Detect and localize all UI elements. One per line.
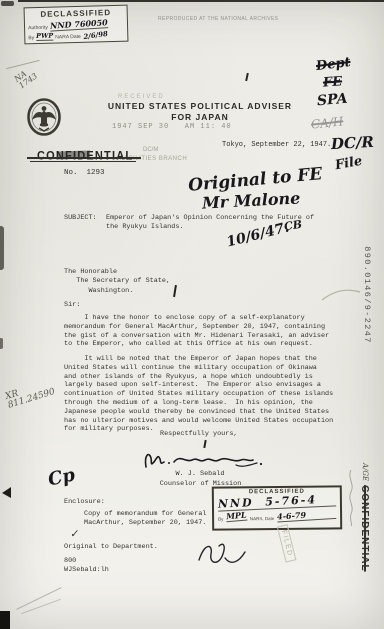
overstamp-blot <box>58 150 90 159</box>
routing-note-dcr: DC/R <box>331 133 375 153</box>
dateline: Tokyo, September 22, 1947. <box>222 141 331 149</box>
text-line: MacArthur, September 20, 1947. <box>84 519 206 528</box>
ink-tick-top-center <box>245 73 249 81</box>
by-label: By <box>28 35 34 41</box>
typist-initials: WJSebald:lh <box>64 566 109 574</box>
declassified-stamp-top: DECLASSIFIED Authority NND 760050 By PWP… <box>24 5 129 45</box>
text-line: I have the honor to enclose copy of a se… <box>64 314 329 323</box>
routing-note-file: File <box>334 154 364 174</box>
scan-artifact-top-left-dots <box>1 1 14 6</box>
nara-date-label: NARA Date <box>55 34 81 41</box>
nars-date-label: NARS, Date <box>250 516 275 521</box>
text-line: The Secretary of State, <box>64 277 170 286</box>
received-stamp: RECEIVED <box>118 94 165 100</box>
handwritten-margin-initials: Cp <box>46 464 77 490</box>
letterhead-agency: UNITED STATES POLITICAL ADVISER <box>60 101 340 111</box>
body-paragraph-2: It will be noted that the Emperor of Jap… <box>64 355 333 434</box>
text-line: continuation of United States military o… <box>64 390 333 399</box>
scan-artifact-left-dot <box>0 338 3 349</box>
filed-stamp: FILED <box>277 524 297 563</box>
text-line: and other islands of the Ryukyus, a hope… <box>64 373 333 382</box>
body-paragraph-1: I have the honor to enclose copy of a se… <box>64 314 329 349</box>
text-line: It will be noted that the Emperor of Jap… <box>64 355 333 364</box>
checkmark: ✓ <box>69 529 78 541</box>
facilities-branch-stamp-line1: DC/M <box>143 147 158 153</box>
handwritten-initials-cb: CB <box>283 218 303 233</box>
letterhead-location: FOR JAPAN <box>60 112 340 122</box>
text-line: has no ulterior motives and would welcom… <box>64 417 333 426</box>
handwritten-mr-malone: Mr Malone <box>202 188 301 212</box>
pencil-curve <box>320 284 362 302</box>
side-classification: A/GE CONFIDENTIAL <box>357 463 373 593</box>
nara-date-value: 2/6/98 <box>82 29 108 41</box>
nars-by-initials: MPL <box>226 510 247 523</box>
pencil-line-bottom-left-2 <box>21 599 61 614</box>
text-line: Copy of memorandum for General <box>84 510 206 519</box>
text-line: through the medium of a long-term lease.… <box>64 399 333 408</box>
file-decimal-number: 890.0146/9-2247 <box>360 225 374 365</box>
text-line: Japanese people would thereby be convinc… <box>64 408 333 417</box>
letterhead: UNITED STATES POLITICAL ADVISER FOR JAPA… <box>60 101 340 122</box>
text-line: the gist of a conversation with Mr. Hide… <box>64 332 329 341</box>
file-code: 800 <box>64 557 76 565</box>
side-code: A/GE <box>361 463 369 481</box>
strike-line-2 <box>30 161 136 163</box>
signer-name: W. J. Sebald <box>140 470 260 478</box>
document-number: No. 1293 <box>64 169 105 177</box>
archive-reproduction-note: REPRODUCED AT THE NATIONAL ARCHIVES <box>158 16 278 22</box>
text-line: Washington. <box>64 287 170 296</box>
scan-artifact-left-blob <box>0 226 4 270</box>
text-line: largely based upon self-interest. The Em… <box>64 381 333 390</box>
scanned-document-page: { "colors": { "paper": "#efeee8", "typew… <box>0 0 384 629</box>
text-line: The Honorable <box>64 268 170 277</box>
ink-scribble <box>195 538 250 570</box>
pencil-squiggle-side <box>346 468 356 528</box>
text-line: to the Emperor, who called at this Offic… <box>64 340 329 349</box>
authority-label: Authority <box>28 25 48 32</box>
original-to-department-note: Original to Department. <box>64 543 158 551</box>
enclosure-label: Enclosure: <box>64 498 105 506</box>
salutation: Sir: <box>64 301 80 309</box>
text-line: memorandum for General MacArthur, Septem… <box>64 323 329 332</box>
enclosure-text: Copy of memorandum for GeneralMacArthur,… <box>84 510 206 528</box>
declassified-stamp-bottom: DECLASSIFIED NND 5-76-4 By MPL NARS, Dat… <box>212 485 342 530</box>
routing-note-fe: FE <box>323 74 343 90</box>
closing: Respectfully yours, <box>160 430 238 438</box>
scan-artifact-top-line <box>18 0 384 2</box>
nars-date-value: 4-6-79 <box>277 508 336 523</box>
by-initials: PWP <box>36 32 53 41</box>
text-line: United States will continue the military… <box>64 364 333 373</box>
routing-note-dept: Dept <box>315 55 351 74</box>
ink-arrow-mark <box>2 487 11 498</box>
nars-by-label: By <box>218 517 223 522</box>
ink-mark <box>173 285 176 297</box>
subject-label: SUBJECT: <box>64 214 97 222</box>
pencil-note-na: NA 1743 <box>13 66 39 91</box>
side-confidential-stamp: CONFIDENTIAL <box>360 485 371 571</box>
scan-artifact-corner-bottom-left <box>0 611 10 629</box>
received-datetime-stamp: 1947 SEP 30 AM 11: 40 <box>112 123 232 131</box>
great-seal-eagle-icon <box>26 97 62 137</box>
pencil-note-xr: XR 811.24590 <box>4 379 56 410</box>
address-block: The Honorable The Secretary of State, Wa… <box>64 268 170 296</box>
